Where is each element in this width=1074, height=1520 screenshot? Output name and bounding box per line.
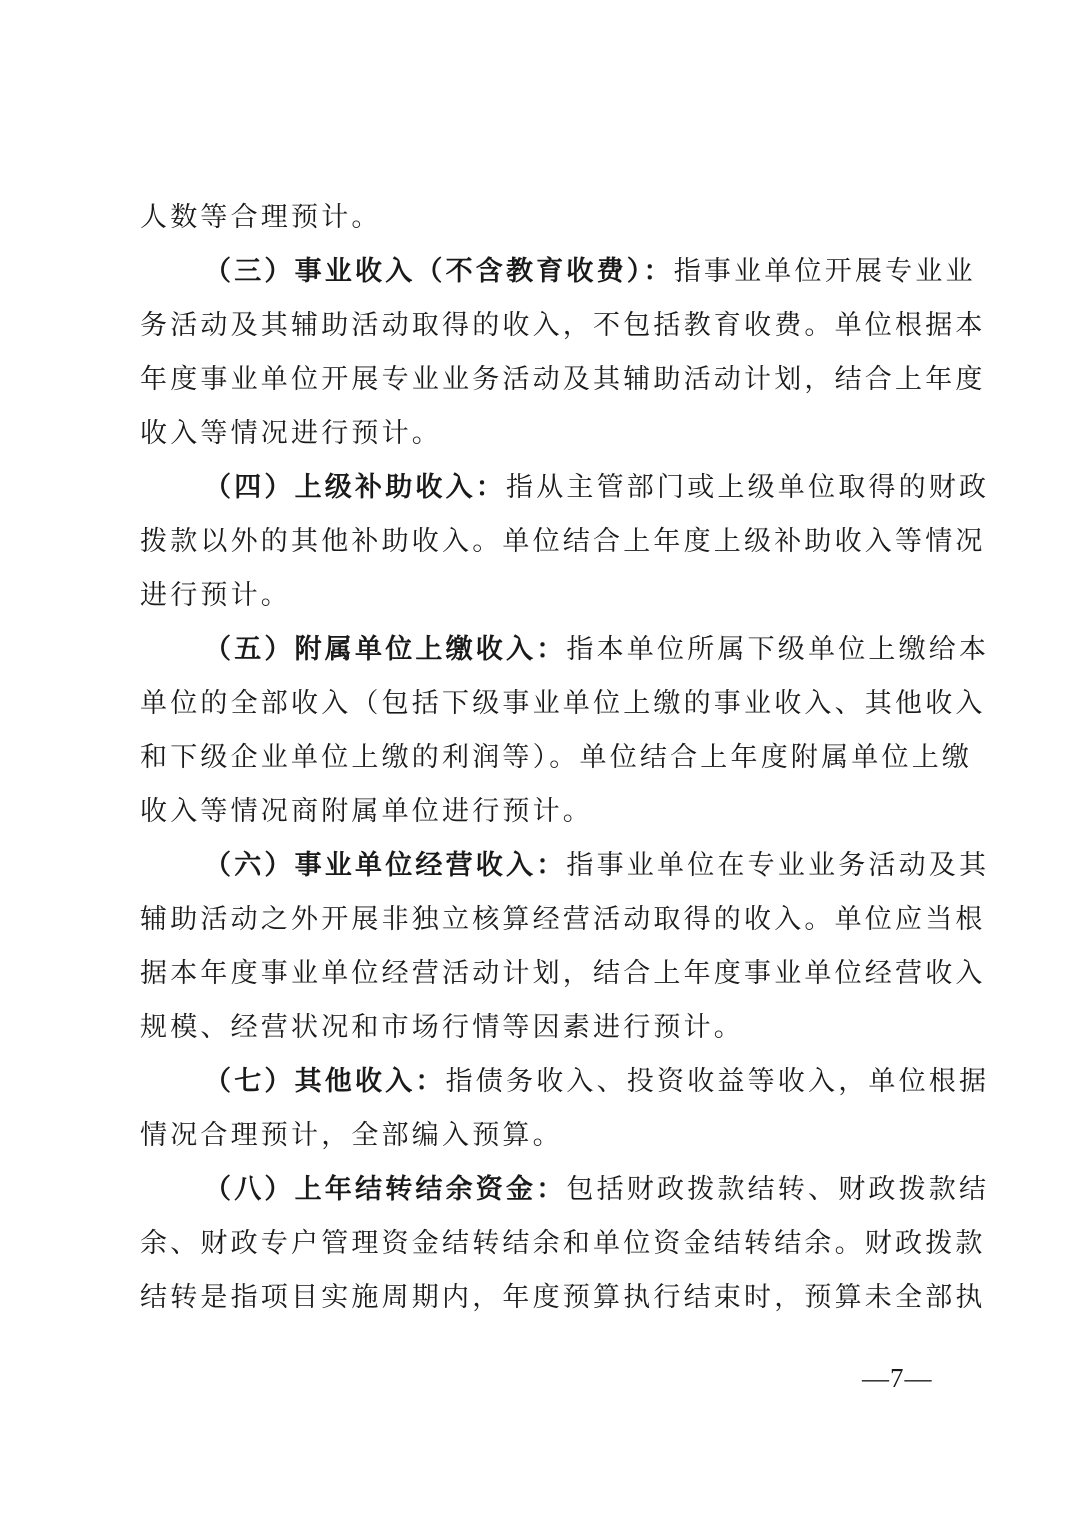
line-text: 据本年度事业单位经营活动计划，结合上年度事业单位经营收入	[140, 958, 986, 989]
line-text: 指债务收入、投资收益等收入，单位根据	[446, 1066, 990, 1097]
page-number: —7—	[862, 1358, 933, 1398]
document-page: 人数等合理预计。 （三）事业收入（不含教育收费）：指事业单位开展专业业 务活动及…	[0, 0, 1074, 1520]
section-heading-line: （四）上级补助收入：指从主管部门或上级单位取得的财政	[140, 468, 936, 508]
line-text: 规模、经营状况和市场行情等因素进行预计。	[140, 1012, 744, 1043]
section-heading-6: （六）事业单位经营收入：	[204, 850, 566, 881]
text-line: 人数等合理预计。	[140, 198, 936, 238]
line-text: 务活动及其辅助活动取得的收入，不包括教育收费。单位根据本	[140, 310, 986, 341]
text-line: 拨款以外的其他补助收入。单位结合上年度上级补助收入等情况	[140, 522, 936, 562]
line-text: 指事业单位在专业业务活动及其	[566, 850, 989, 881]
text-line: 据本年度事业单位经营活动计划，结合上年度事业单位经营收入	[140, 954, 936, 994]
section-heading-4: （四）上级补助收入：	[204, 472, 506, 503]
section-heading-line: （六）事业单位经营收入：指事业单位在专业业务活动及其	[140, 846, 936, 886]
text-line: 进行预计。	[140, 576, 936, 616]
section-heading-line: （八）上年结转结余资金：包括财政拨款结转、财政拨款结	[140, 1170, 936, 1210]
text-line: 单位的全部收入（包括下级事业单位上缴的事业收入、其他收入	[140, 684, 936, 724]
line-text: 结转是指项目实施周期内，年度预算执行结束时，预算未全部执	[140, 1282, 986, 1313]
section-heading-3: （三）事业收入（不含教育收费）：	[204, 256, 674, 287]
line-text: 和下级企业单位上缴的利润等）。单位结合上年度附属单位上缴	[140, 742, 972, 773]
text-line: 规模、经营状况和市场行情等因素进行预计。	[140, 1008, 936, 1048]
line-text: 指事业单位开展专业业	[674, 256, 976, 287]
section-heading-line: （三）事业收入（不含教育收费）：指事业单位开展专业业	[140, 252, 936, 292]
line-text: 余、财政专户管理资金结转结余和单位资金结转结余。财政拨款	[140, 1228, 986, 1259]
text-line: 辅助活动之外开展非独立核算经营活动取得的收入。单位应当根	[140, 900, 936, 940]
line-text: 收入等情况商附属单位进行预计。	[140, 796, 593, 827]
line-text: 拨款以外的其他补助收入。单位结合上年度上级补助收入等情况	[140, 526, 986, 557]
line-text: 单位的全部收入（包括下级事业单位上缴的事业收入、其他收入	[140, 688, 986, 719]
text-line: 和下级企业单位上缴的利润等）。单位结合上年度附属单位上缴	[140, 738, 936, 778]
section-heading-5: （五）附属单位上缴收入：	[204, 634, 566, 665]
text-line: 结转是指项目实施周期内，年度预算执行结束时，预算未全部执	[140, 1278, 936, 1318]
line-text: 包括财政拨款结转、财政拨款结	[566, 1174, 989, 1205]
section-heading-7: （七）其他收入：	[204, 1066, 446, 1097]
line-text: 指从主管部门或上级单位取得的财政	[506, 472, 989, 503]
line-text: 人数等合理预计。	[140, 202, 382, 233]
line-text: 情况合理预计，全部编入预算。	[140, 1120, 563, 1151]
text-line: 收入等情况商附属单位进行预计。	[140, 792, 936, 832]
line-text: 辅助活动之外开展非独立核算经营活动取得的收入。单位应当根	[140, 904, 986, 935]
text-line: 收入等情况进行预计。	[140, 414, 936, 454]
text-line: 年度事业单位开展专业业务活动及其辅助活动计划，结合上年度	[140, 360, 936, 400]
line-text: 收入等情况进行预计。	[140, 418, 442, 449]
text-line: 务活动及其辅助活动取得的收入，不包括教育收费。单位根据本	[140, 306, 936, 346]
text-line: 余、财政专户管理资金结转结余和单位资金结转结余。财政拨款	[140, 1224, 936, 1264]
section-heading-8: （八）上年结转结余资金：	[204, 1174, 566, 1205]
line-text: 指本单位所属下级单位上缴给本	[566, 634, 989, 665]
line-text: 年度事业单位开展专业业务活动及其辅助活动计划，结合上年度	[140, 364, 986, 395]
section-heading-line: （五）附属单位上缴收入：指本单位所属下级单位上缴给本	[140, 630, 936, 670]
text-line: 情况合理预计，全部编入预算。	[140, 1116, 936, 1156]
line-text: 进行预计。	[140, 580, 291, 611]
section-heading-line: （七）其他收入：指债务收入、投资收益等收入，单位根据	[140, 1062, 936, 1102]
